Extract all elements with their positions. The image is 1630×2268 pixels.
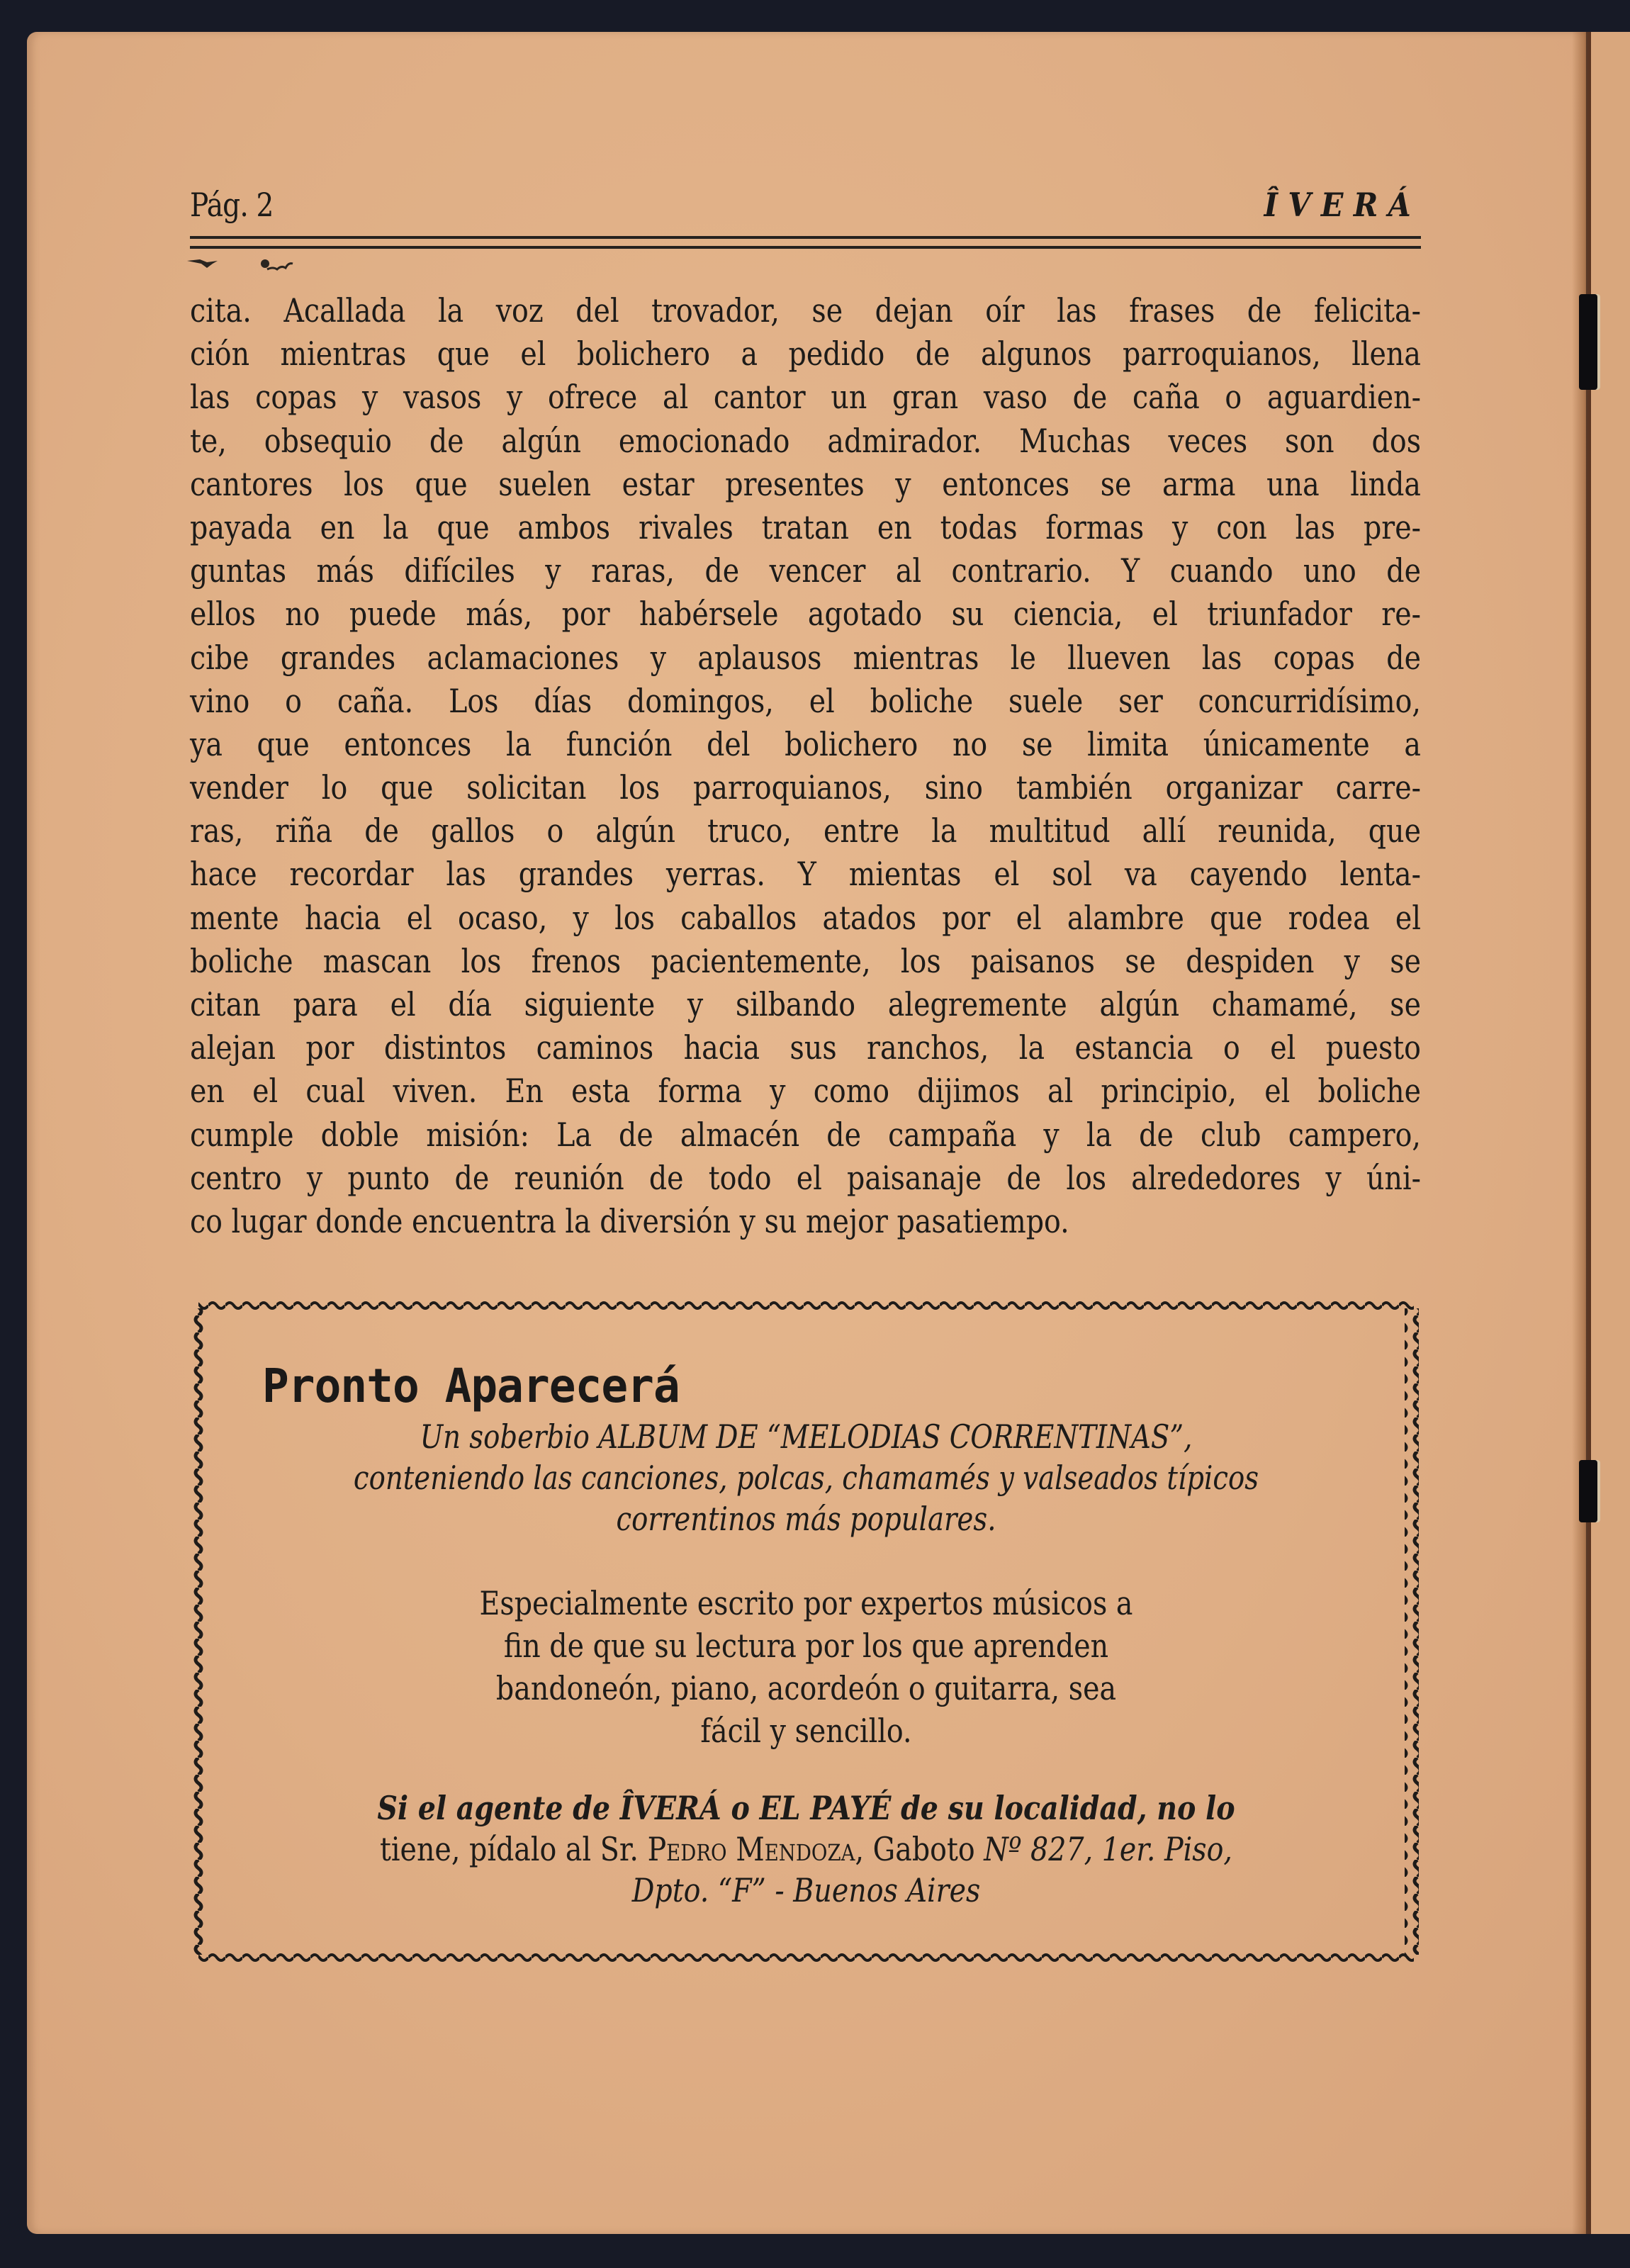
- text-line: alejan por distintos caminos hacia sus r…: [190, 1026, 1421, 1070]
- text-line: guntas más difíciles y raras, de vencer …: [190, 549, 1421, 593]
- ad-contact-line: Si el agente de ÎVERÁ o EL PAYÉ de su lo…: [277, 1787, 1334, 1829]
- text-line: hace recordar las grandes yerras. Y mien…: [190, 853, 1421, 896]
- ad-description: Especialmente escrito por expertos músic…: [191, 1582, 1421, 1752]
- page-header: Pág. 2 ÎVERÁ: [190, 186, 1421, 228]
- text-line: mente hacia el ocaso, y los caballos ata…: [190, 897, 1421, 940]
- text-line: vino o caña. Los días domingos, el bolic…: [190, 680, 1421, 723]
- header-double-rule: [190, 236, 1421, 249]
- text-line: citan para el día siguiente y silbando a…: [190, 983, 1421, 1026]
- ad-contact-line: Dpto. “F” - Buenos Aires: [277, 1870, 1334, 1911]
- ad-contact: Si el agente de ÎVERÁ o EL PAYÉ de su lo…: [191, 1787, 1421, 1911]
- text-line: ción mientras que el bolichero a pedido …: [190, 332, 1421, 376]
- ad-headline: Pronto Aparecerá: [262, 1359, 680, 1413]
- agent-name: Pedro Mendoza: [648, 1830, 855, 1868]
- advertisement-box: Pronto Aparecerá Un soberbio ALBUM DE “M…: [191, 1298, 1421, 1965]
- ornament-icon: [186, 255, 327, 276]
- text-line: payada en la que ambos rivales tratan en…: [190, 506, 1421, 549]
- text-line: boliche mascan los frenos pacientemente,…: [190, 940, 1421, 983]
- text-line: te, obsequio de algún emocionado admirad…: [190, 420, 1421, 463]
- text-line: cantores los que suelen estar presentes …: [190, 463, 1421, 506]
- text-line: las copas y vasos y ofrece al cantor un …: [190, 376, 1421, 419]
- publication-title: ÎVERÁ: [1264, 186, 1421, 224]
- text-line: vender lo que solicitan los parroquianos…: [190, 766, 1421, 809]
- text-line: ya que entonces la función del bolichero…: [190, 723, 1421, 766]
- text-line: cibe grandes aclamaciones y aplausos mie…: [190, 636, 1421, 680]
- text-line: cumple doble misión: La de almacén de ca…: [190, 1113, 1421, 1157]
- article-body: cita. Acallada la voz del trovador, se d…: [190, 289, 1421, 1243]
- text-line: co lugar donde encuentra la diversión y …: [190, 1200, 1421, 1243]
- ad-description-line: Especialmente escrito por expertos músic…: [277, 1582, 1334, 1624]
- ad-intro: Un soberbio ALBUM DE “MELODIAS CORRENTIN…: [191, 1416, 1421, 1539]
- text-line: cita. Acallada la voz del trovador, se d…: [190, 289, 1421, 332]
- ad-contact-suffix: , Gaboto: [855, 1830, 984, 1868]
- ad-address: Nº 827, 1er. Piso,: [984, 1830, 1232, 1868]
- ad-intro-line: conteniendo las canciones, polcas, chama…: [290, 1457, 1322, 1498]
- ad-contact-line: tiene, pídalo al Sr. Pedro Mendoza, Gabo…: [277, 1829, 1334, 1870]
- staple-bottom: [1579, 1460, 1597, 1522]
- ad-description-line: bandoneón, piano, acordeón o guitarra, s…: [277, 1667, 1334, 1710]
- ad-intro-line: Un soberbio ALBUM DE “MELODIAS CORRENTIN…: [290, 1416, 1322, 1457]
- text-line: ellos no puede más, por habérsele agotad…: [190, 593, 1421, 636]
- text-line: ras, riña de gallos o algún truco, entre…: [190, 809, 1421, 853]
- ad-intro-line: correntinos más populares.: [290, 1498, 1322, 1539]
- ad-description-line: fin de que su lectura por los que aprend…: [277, 1624, 1334, 1667]
- page-number: Pág. 2: [190, 186, 274, 224]
- staple-top: [1579, 294, 1597, 390]
- ad-contact-prefix: tiene, pídalo al Sr.: [380, 1830, 648, 1868]
- text-line: en el cual viven. En esta forma y como d…: [190, 1070, 1421, 1113]
- ad-description-line: fácil y sencillo.: [277, 1710, 1334, 1752]
- text-line: centro y punto de reunión de todo el pai…: [190, 1157, 1421, 1200]
